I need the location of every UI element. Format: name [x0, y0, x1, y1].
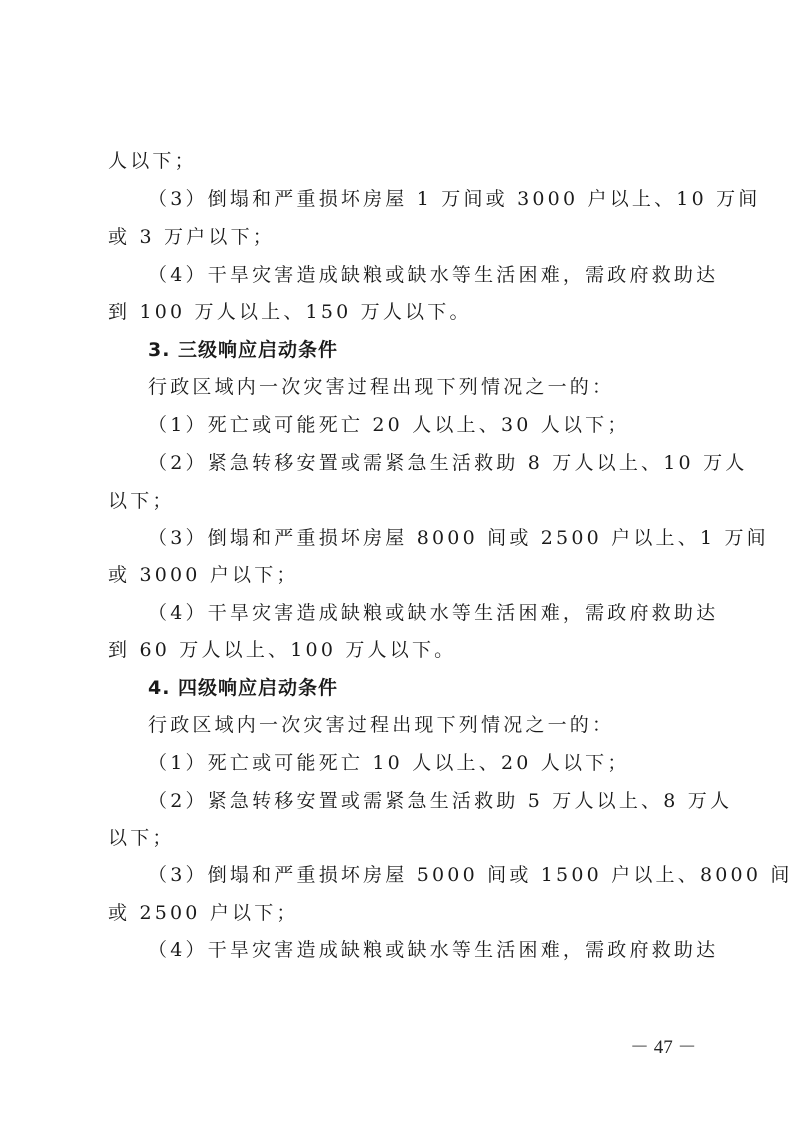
document-page: 人以下； （3）倒塌和严重损坏房屋 1 万间或 3000 户以上、10 万间 或…: [0, 0, 793, 1122]
text-line: 或 2500 户以下；: [108, 900, 693, 926]
text-line: （4）干旱灾害造成缺粮或缺水等生活困难，需政府救助达: [148, 262, 693, 288]
text-line: 人以下；: [108, 148, 693, 174]
text-line: （1）死亡或可能死亡 10 人以上、20 人以下；: [148, 750, 693, 776]
text-line: 或 3 万户以下；: [108, 224, 693, 250]
text-line: 到 100 万人以上、150 万人以下。: [108, 299, 693, 325]
text-line: 到 60 万人以上、100 万人以下。: [108, 637, 693, 663]
text-line: （3）倒塌和严重损坏房屋 5000 间或 1500 户以上、8000 间: [148, 862, 693, 888]
text-line: （3）倒塌和严重损坏房屋 8000 间或 2500 户以上、1 万间: [148, 525, 693, 551]
text-line: 行政区域内一次灾害过程出现下列情况之一的：: [148, 712, 693, 738]
text-line: 行政区域内一次灾害过程出现下列情况之一的：: [148, 374, 693, 400]
text-line: （2）紧急转移安置或需紧急生活救助 8 万人以上、10 万人: [148, 450, 693, 476]
text-line: 以下；: [108, 825, 693, 851]
section-heading-level-4: 4. 四级响应启动条件: [148, 675, 693, 701]
text-line: （1）死亡或可能死亡 20 人以上、30 人以下；: [148, 412, 693, 438]
text-line: （2）紧急转移安置或需紧急生活救助 5 万人以上、8 万人: [148, 788, 693, 814]
text-line: 或 3000 户以下；: [108, 562, 693, 588]
text-line: 以下；: [108, 488, 693, 514]
text-line: （4）干旱灾害造成缺粮或缺水等生活困难，需政府救助达: [148, 600, 693, 626]
text-line: （4）干旱灾害造成缺粮或缺水等生活困难，需政府救助达: [148, 937, 693, 963]
section-heading-level-3: 3. 三级响应启动条件: [148, 337, 693, 363]
text-line: （3）倒塌和严重损坏房屋 1 万间或 3000 户以上、10 万间: [148, 186, 693, 212]
page-number: － 47 －: [630, 1032, 710, 1059]
